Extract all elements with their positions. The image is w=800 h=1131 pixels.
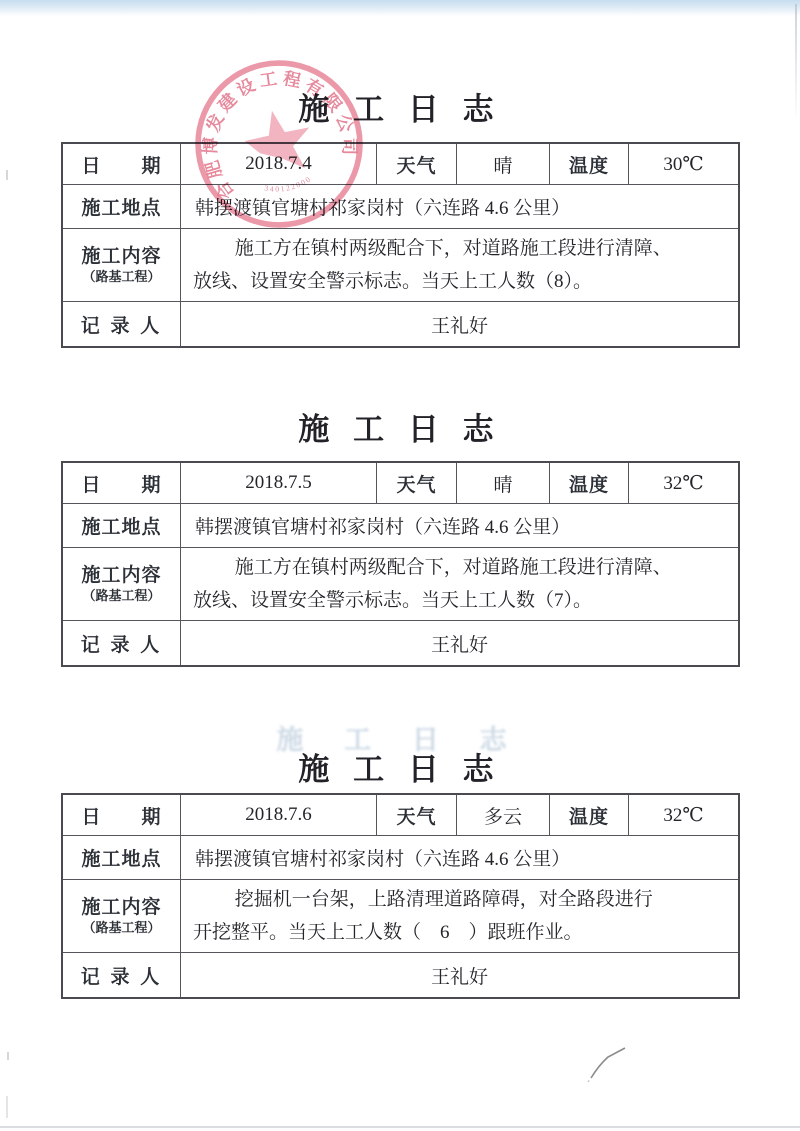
location-value-cell: 韩摆渡镇官塘村祁家岗村（六连路 4.6 公里） (181, 504, 738, 548)
location-label-cell: 施工地点 (63, 504, 181, 548)
weather-label: 天气 (396, 470, 436, 497)
content-label: 施工内容 (81, 896, 161, 920)
weather-value-cell: 晴 (457, 463, 550, 504)
location-value: 韩摆渡镇官塘村祁家岗村（六连路 4.6 公里） (195, 512, 570, 539)
scan-left-mark (6, 170, 8, 180)
log-title-2: 施 工 日 志 (0, 404, 800, 449)
date-value-cell: 2018.7.5 (181, 463, 377, 504)
date-label: 日 期 (81, 151, 161, 178)
date-label: 日 期 (81, 470, 161, 497)
recorder-label-cell: 记 录 人 (63, 621, 181, 665)
location-label-cell: 施工地点 (63, 185, 181, 229)
content-sublabel: （路基工程） (82, 920, 160, 936)
recorder-label-cell: 记 录 人 (63, 302, 181, 346)
content-sublabel: （路基工程） (82, 269, 160, 285)
content-label-cell: 施工内容 （路基工程） (63, 229, 181, 302)
temperature-value: 32℃ (663, 804, 703, 827)
temperature-value-cell: 32℃ (629, 795, 738, 836)
content-line-2: 开挖整平。当天上工人数（ 6 ）跟班作业。 (193, 916, 583, 949)
recorder-value: 王礼好 (431, 962, 488, 989)
weather-label-cell: 天气 (377, 144, 457, 185)
recorder-label: 记 录 人 (81, 311, 163, 338)
content-value-cell: 施工方在镇村两级配合下，对道路施工段进行清障、 放线、设置安全警示标志。当天上工… (181, 548, 738, 621)
temperature-label: 温度 (569, 470, 609, 497)
content-line-2: 放线、设置安全警示标志。当天上工人数（8）。 (193, 265, 592, 298)
scanned-document-page: 施 工 日 志 日 期 2018.7.4 天气 晴 温度 30℃ 施工地点 韩摆… (0, 0, 800, 1131)
location-label-cell: 施工地点 (63, 836, 181, 880)
weather-value-cell: 晴 (457, 144, 550, 185)
recorder-label: 记 录 人 (81, 962, 163, 989)
weather-label-cell: 天气 (377, 463, 457, 504)
content-value-cell: 施工方在镇村两级配合下，对道路施工段进行清障、 放线、设置安全警示标志。当天上工… (181, 229, 738, 302)
recorder-value-cell: 王礼好 (181, 953, 738, 997)
temperature-value-cell: 32℃ (629, 463, 738, 504)
temperature-label-cell: 温度 (550, 144, 629, 185)
content-line-2: 放线、设置安全警示标志。当天上工人数（7）。 (193, 584, 592, 617)
recorder-value: 王礼好 (431, 630, 488, 657)
svg-text:340122000: 340122000 (262, 173, 315, 197)
location-label: 施工地点 (81, 844, 161, 871)
seal-serial-number: 340122000 (262, 173, 315, 197)
weather-value-cell: 多云 (457, 795, 550, 836)
location-value: 韩摆渡镇官塘村祁家岗村（六连路 4.6 公里） (195, 844, 570, 871)
scan-left-mark (6, 1096, 8, 1118)
scan-top-band (0, 0, 800, 16)
weather-value: 多云 (484, 802, 522, 829)
weather-value: 晴 (493, 470, 512, 497)
pen-scratch-mark (583, 1038, 635, 1084)
recorder-value-cell: 王礼好 (181, 621, 738, 665)
location-label: 施工地点 (81, 193, 161, 220)
temperature-label-cell: 温度 (550, 795, 629, 836)
date-value: 2018.7.5 (245, 472, 312, 494)
content-label: 施工内容 (81, 245, 161, 269)
temperature-value: 32℃ (663, 472, 703, 495)
log-table-3: 日 期 2018.7.6 天气 多云 温度 32℃ 施工地点 韩摆渡镇官塘村祁家… (61, 793, 740, 999)
temperature-value-cell: 30℃ (629, 144, 738, 185)
company-seal-stamp: 合肥博发建设工程有限公司 340122000 (192, 57, 366, 231)
temperature-value: 30℃ (663, 153, 703, 176)
recorder-label: 记 录 人 (81, 630, 163, 657)
weather-value: 晴 (493, 151, 512, 178)
temperature-label: 温度 (569, 151, 609, 178)
content-value-cell: 挖掘机一台架，上路清理道路障碍，对全路段进行 开挖整平。当天上工人数（ 6 ）跟… (181, 880, 738, 953)
content-label-cell: 施工内容 （路基工程） (63, 880, 181, 953)
location-label: 施工地点 (81, 512, 161, 539)
log-table-1: 日 期 2018.7.4 天气 晴 温度 30℃ 施工地点 韩摆渡镇官塘村祁家岗… (61, 142, 740, 348)
log-title-1: 施 工 日 志 (0, 84, 800, 129)
seal-star-icon (240, 104, 318, 179)
content-sublabel: （路基工程） (82, 588, 160, 604)
content-line-1: 挖掘机一台架，上路清理道路障碍，对全路段进行 (193, 883, 653, 916)
recorder-value: 王礼好 (431, 311, 488, 338)
date-label: 日 期 (81, 802, 161, 829)
scan-left-mark (7, 1052, 9, 1060)
content-line-1: 施工方在镇村两级配合下，对道路施工段进行清障、 (193, 551, 672, 584)
temperature-label: 温度 (569, 802, 609, 829)
date-label-cell: 日 期 (63, 795, 181, 836)
weather-label: 天气 (396, 151, 436, 178)
date-value: 2018.7.6 (245, 804, 312, 826)
date-label-cell: 日 期 (63, 144, 181, 185)
location-value-cell: 韩摆渡镇官塘村祁家岗村（六连路 4.6 公里） (181, 836, 738, 880)
log-table-2: 日 期 2018.7.5 天气 晴 温度 32℃ 施工地点 韩摆渡镇官塘村祁家岗… (61, 461, 740, 667)
content-label: 施工内容 (81, 564, 161, 588)
date-label-cell: 日 期 (63, 463, 181, 504)
content-line-1: 施工方在镇村两级配合下，对道路施工段进行清障、 (193, 232, 672, 265)
date-value-cell: 2018.7.6 (181, 795, 377, 836)
recorder-value-cell: 王礼好 (181, 302, 738, 346)
weather-label: 天气 (396, 802, 436, 829)
temperature-label-cell: 温度 (550, 463, 629, 504)
recorder-label-cell: 记 录 人 (63, 953, 181, 997)
scan-bottom-edge (0, 1126, 800, 1128)
content-label-cell: 施工内容 （路基工程） (63, 548, 181, 621)
weather-label-cell: 天气 (377, 795, 457, 836)
log-title-3: 施 工 日 志 (0, 744, 800, 789)
